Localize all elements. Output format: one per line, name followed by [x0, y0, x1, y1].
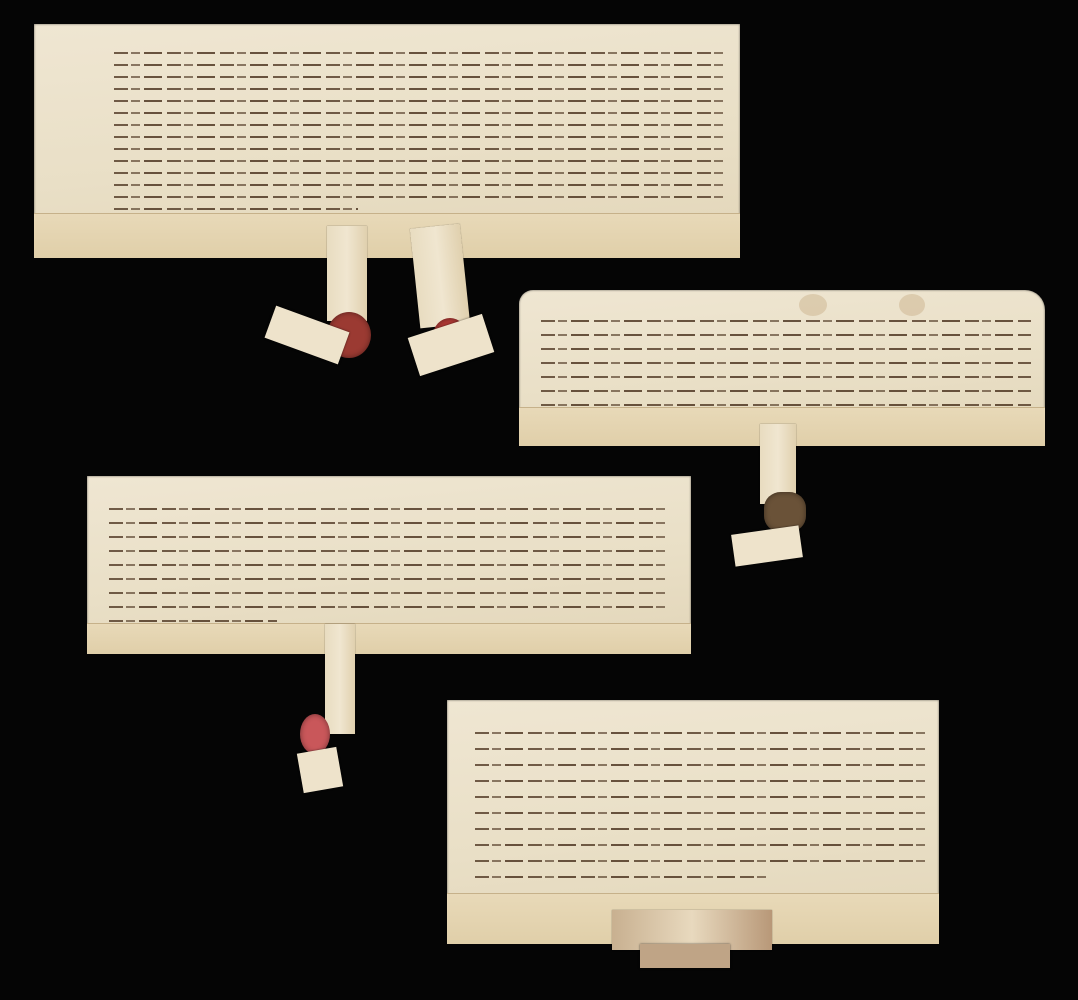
charter-2 [519, 290, 1045, 446]
charter-4-text [475, 732, 925, 892]
seal-tag [327, 226, 367, 321]
charter-1 [34, 24, 740, 258]
charter-4 [447, 700, 939, 944]
seal-wrapper [731, 525, 803, 566]
charter-2-text [541, 320, 1031, 418]
charter-3 [87, 476, 691, 654]
charter-3-text [109, 508, 669, 634]
seal-remnant [640, 944, 730, 968]
seal-wrapper [297, 747, 343, 793]
seal-fragment [764, 492, 806, 532]
seal-tag [325, 624, 355, 734]
seal-tag [410, 224, 470, 329]
charter-1-text [114, 52, 724, 220]
